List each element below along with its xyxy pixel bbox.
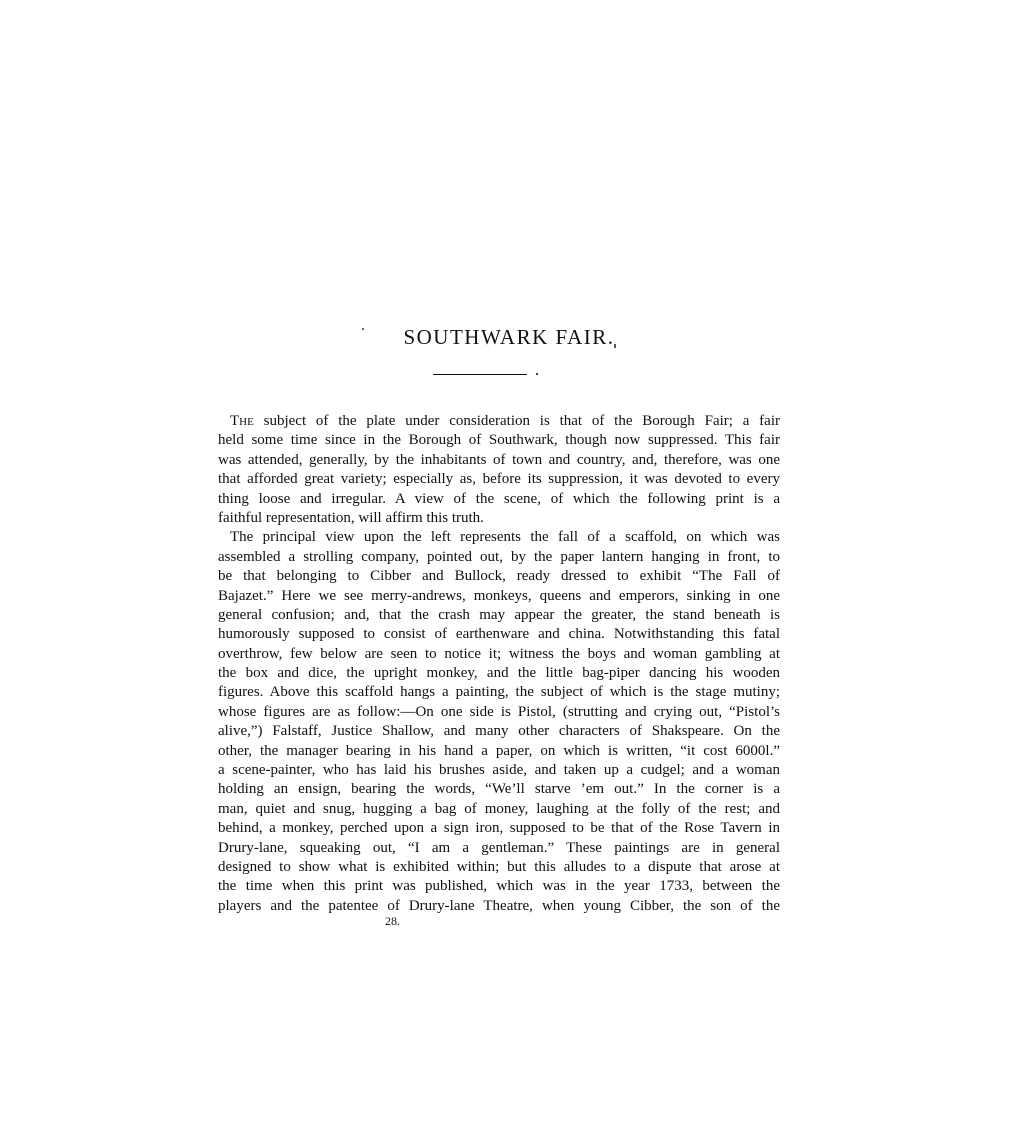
title-divider	[433, 374, 527, 375]
text-line: overthrow, few below are seen to notice …	[218, 645, 780, 664]
text-line: other, the manager bearing in his hand a…	[218, 742, 780, 761]
text-line: the box and dice, the upright monkey, an…	[218, 664, 780, 683]
text-line: Bajazet.” Here we see merry-andrews, mon…	[218, 587, 780, 606]
text-line: assembled a strolling company, pointed o…	[218, 548, 780, 567]
text-line: general confusion; and, that the crash m…	[218, 606, 780, 625]
opening-word: The	[230, 413, 254, 429]
text-line: the time when this print was published, …	[218, 877, 780, 896]
text-line: thing loose and irregular. A view of the…	[218, 490, 780, 509]
text-line: behind, a monkey, perched upon a sign ir…	[218, 819, 780, 838]
body-text: The subject of the plate under considera…	[218, 412, 780, 916]
text-line: faithful representation, will affirm thi…	[218, 509, 780, 528]
text-line: figures. Above this scaffold hangs a pai…	[218, 683, 780, 702]
text-line: whose figures are as follow:—On one side…	[218, 703, 780, 722]
text-line: held some time since in the Borough of S…	[218, 431, 780, 450]
text-line: alive,”) Falstaff, Justice Shallow, and …	[218, 722, 780, 741]
text-line: holding an ensign, bearing the words, “W…	[218, 780, 780, 799]
text-line: The subject of the plate under considera…	[218, 412, 780, 431]
print-speck	[536, 373, 538, 375]
text-line: players and the patentee of Drury-lane T…	[218, 897, 780, 916]
page-title: SOUTHWARK FAIR.	[0, 322, 1012, 352]
text-line: humorously supposed to consist of earthe…	[218, 625, 780, 644]
text-line: The principal view upon the left represe…	[218, 528, 780, 547]
page-number: 28.	[385, 914, 400, 928]
text-line: be that belonging to Cibber and Bullock,…	[218, 567, 780, 586]
print-speck	[614, 344, 616, 348]
text-line: that afforded great variety; especially …	[218, 470, 780, 489]
text-line: man, quiet and snug, hugging a bag of mo…	[218, 800, 780, 819]
text-line: Drury-lane, squeaking out, “I am a gentl…	[218, 839, 780, 858]
text-line: was attended, generally, by the inhabita…	[218, 451, 780, 470]
text-line: designed to show what is exhibited withi…	[218, 858, 780, 877]
text-line: a scene-painter, who has laid his brushe…	[218, 761, 780, 780]
